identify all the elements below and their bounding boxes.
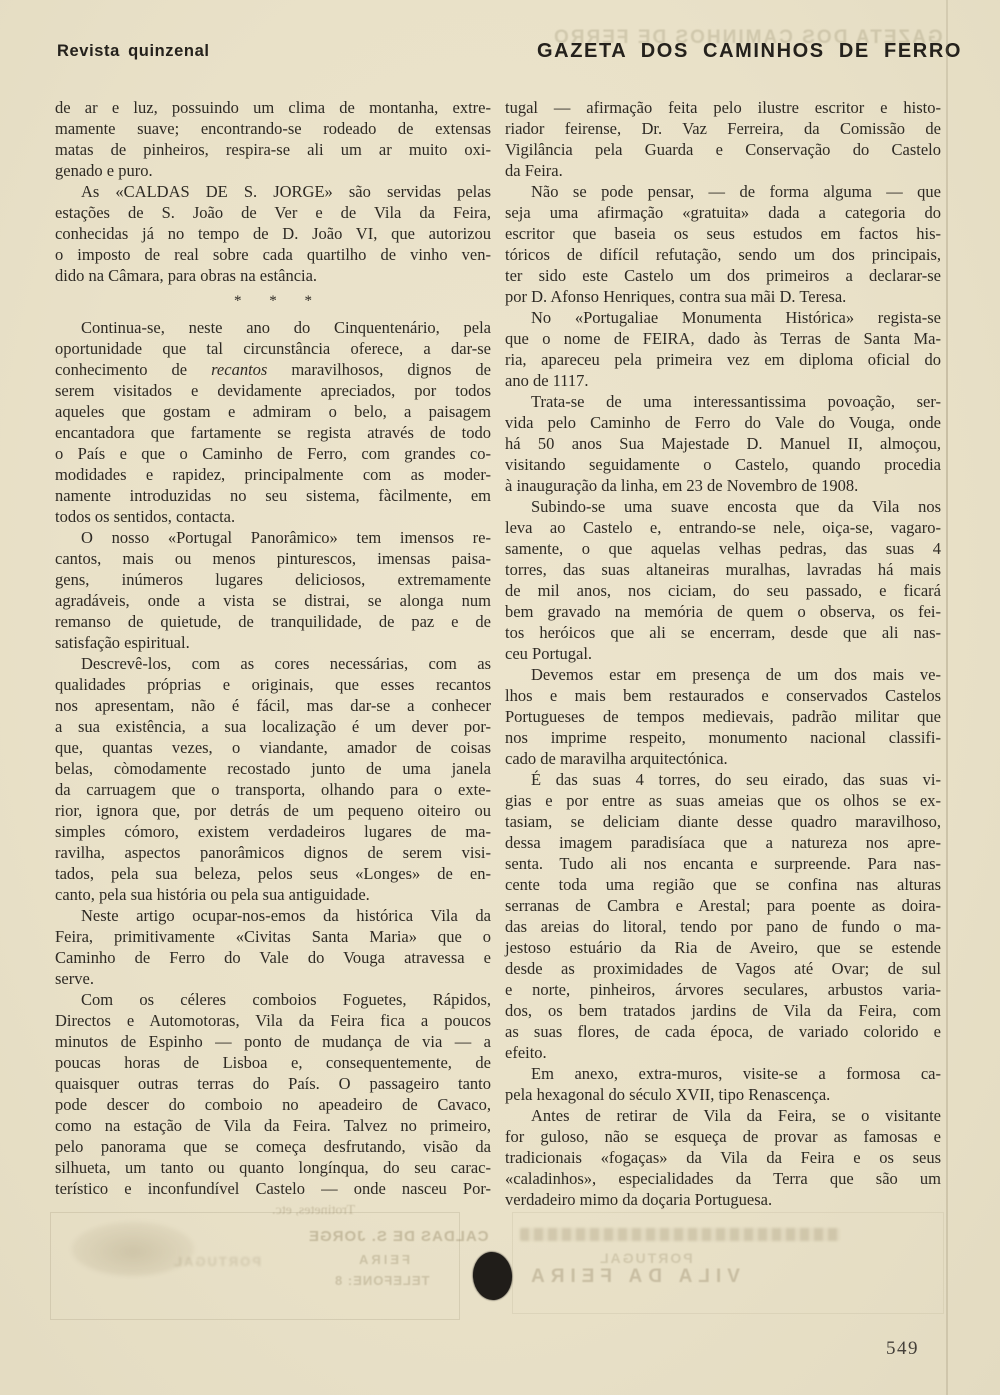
text-line: verdadeiro mimo da doçaria Portuguesa. — [505, 1189, 941, 1210]
text-line: Neste artigo ocupar-nos-emos da históric… — [55, 905, 491, 926]
paragraph: Devemos estar em presença de um dos mais… — [505, 664, 941, 769]
showthrough-text: PORTUGAL — [172, 1254, 261, 1269]
page-number: 549 — [886, 1338, 919, 1360]
text-line: cantos, mais ou menos pinturescos, imens… — [55, 548, 491, 569]
text-line: Continua-se, neste ano do Cinquentenário… — [55, 317, 491, 338]
text-line: rior, ignora que, por detrás de um peque… — [55, 800, 491, 821]
article-column-right: tugal — afirmação feita pelo ilustre esc… — [505, 97, 941, 1210]
text-line: satisfação espiritual. — [55, 632, 491, 653]
text-line: Caminho de Ferro do Vale do Vouga atrave… — [55, 947, 491, 968]
text-line: ceu Portugal. — [505, 643, 941, 664]
text-line: tradicionais «fogaças» da Vila da Feira … — [505, 1147, 941, 1168]
text-line: Portugueses de tempos medievais, padrão … — [505, 706, 941, 727]
text-line: torres, das suas altaneiras muralhas, la… — [505, 559, 941, 580]
page-edge-shadow — [946, 0, 948, 1395]
text-line: gens, inúmeros lugares deliciosos, extre… — [55, 569, 491, 590]
paragraph: Subindo-se uma suave encosta que da Vila… — [505, 496, 941, 664]
text-line: tasiam, se deliciam diante desse quadro … — [505, 811, 941, 832]
text-line: há 50 anos Sua Majestade D. Manuel II, a… — [505, 433, 941, 454]
masthead-subtitle: Revista quinzenal — [57, 42, 210, 61]
paragraph: No «Portugaliae Monumenta Histórica» reg… — [505, 307, 941, 391]
text-line: leva ao Castelo e, entrando-se nele, oiç… — [505, 517, 941, 538]
text-line: jestoso estuário da Ria de Aveiro, que s… — [505, 937, 941, 958]
text-line: remanso de quietude, de tranquilidade, d… — [55, 611, 491, 632]
text-line: vida pelo Caminho de Ferro do Vale do Vo… — [505, 412, 941, 433]
text-line: As «CALDAS DE S. JORGE» são servidas pel… — [55, 181, 491, 202]
text-line: Vigilância pela Guarda e Conservação do … — [505, 139, 941, 160]
text-line: desde as proximidades de Vagos até Ovar;… — [505, 958, 941, 979]
paragraph: de ar e luz, possuindo um clima de monta… — [55, 97, 491, 181]
text-line: dessa imagem paradisíaca que a natureza … — [505, 832, 941, 853]
showthrough-text: CALDAS DE S. JORGE — [308, 1228, 489, 1245]
text-line: que o nome de FEIRA, dado às Terras de S… — [505, 328, 941, 349]
text-line: É das suas 4 torres, do seu eirado, das … — [505, 769, 941, 790]
text-line: a sua existência, a sua localização é um… — [55, 716, 491, 737]
text-line: da carruagem que o transporta, olhando p… — [55, 779, 491, 800]
text-line: de mil anos, nos ciciam, do seu passado,… — [505, 580, 941, 601]
text-line: senta. Tudo ali nos encanta e surpreende… — [505, 853, 941, 874]
showthrough-text: Trotinetes, etc. — [272, 1203, 355, 1219]
text-line: serem visitados e devidamente apreciados… — [55, 380, 491, 401]
text-line: «caladinhos», especialidades da Terra qu… — [505, 1168, 941, 1189]
text-line: minutos de Espinho — ponto de mudança de… — [55, 1031, 491, 1052]
text-line: pela hexagonal do século XVII, tipo Rena… — [505, 1084, 941, 1105]
paragraph: tugal — afirmação feita pelo ilustre esc… — [505, 97, 941, 181]
text-line: matas de pinheiros, respira-se ali um ar… — [55, 139, 491, 160]
text-line: Trata-se de uma interessantissima povoaç… — [505, 391, 941, 412]
text-line: oportunidade que tal circunstância ofere… — [55, 338, 491, 359]
text-line: conhecimento de recantos maravilhosos, d… — [55, 359, 491, 380]
paragraph: As «CALDAS DE S. JORGE» são servidas pel… — [55, 181, 491, 286]
paragraph: Não se pode pensar, — de forma alguma — … — [505, 181, 941, 307]
text-line: Devemos estar em presença de um dos mais… — [505, 664, 941, 685]
text-line: serranas de Cambra e Arestal; para poent… — [505, 895, 941, 916]
text-line: silhueta, um tanto ou quanto longínqua, … — [55, 1157, 491, 1178]
text-line: ano de 1117. — [505, 370, 941, 391]
text-line: mamente suave; encontrando-se rodeado de… — [55, 118, 491, 139]
text-line: por D. Afonso Henriques, contra sua mãi … — [505, 286, 941, 307]
text-line: escritor que baseia os seus estudos em f… — [505, 223, 941, 244]
showthrough-text: PORTUGAL — [598, 1250, 693, 1266]
text-line: simples cómoro, existem verdadeiros luga… — [55, 821, 491, 842]
magazine-page: GAZETA DOS CAMINHOS DE FERRO Revista qui… — [0, 0, 1000, 1395]
text-line: ravilha, aspectos panorâmicos dignos de … — [55, 842, 491, 863]
paragraph: Trata-se de uma interessantissima povoaç… — [505, 391, 941, 496]
text-line: cente toda uma região que se confina nas… — [505, 874, 941, 895]
text-line: das areias do litoral, tendo por pano de… — [505, 916, 941, 937]
text-line: as suas flores, de cada época, de variad… — [505, 1021, 941, 1042]
text-line: Em anexo, extra-muros, visite-se a formo… — [505, 1063, 941, 1084]
text-line: de ar e luz, possuindo um clima de monta… — [55, 97, 491, 118]
text-line: pelo panorama que se começa desfrutando,… — [55, 1136, 491, 1157]
text-line: Subindo-se uma suave encosta que da Vila… — [505, 496, 941, 517]
paragraph: É das suas 4 torres, do seu eirado, das … — [505, 769, 941, 1063]
text-line: à inauguração da linha, em 23 de Novembr… — [505, 475, 941, 496]
text-line: poucas horas de Lisboa e, consequentemen… — [55, 1052, 491, 1073]
section-separator: * * * — [55, 291, 491, 311]
text-line: samente, o que aquelas velhas pedras, da… — [505, 538, 941, 559]
text-line: canto, pela sua história ou pela sua ant… — [55, 884, 491, 905]
text-line: Antes de retirar de Vila da Feira, se o … — [505, 1105, 941, 1126]
text-line: dos, os bem tratados jardins de Vila da … — [505, 1000, 941, 1021]
text-line: ter sido este Castelo um dos primeiros a… — [505, 265, 941, 286]
paragraph: Em anexo, extra-muros, visite-se a formo… — [505, 1063, 941, 1105]
text-line: estações de S. João de Ver e de Vila da … — [55, 202, 491, 223]
text-line: Directos e Automotoras, Vila da Feira fi… — [55, 1010, 491, 1031]
text-line: cado de maravilha arquitectónica. — [505, 748, 941, 769]
text-line: efeito. — [505, 1042, 941, 1063]
showthrough-text: TELEFONE: 8 — [334, 1273, 430, 1288]
text-line: serve. — [55, 968, 491, 989]
text-line: que, quantas vezes, o viandante, amador … — [55, 737, 491, 758]
showthrough-text: FEIRA — [356, 1252, 410, 1267]
text-line: Não se pode pensar, — de forma alguma — … — [505, 181, 941, 202]
text-line: O nosso «Portugal Panorâmico» tem imenso… — [55, 527, 491, 548]
text-line: aqueles que gostam e admiram o belo, a p… — [55, 401, 491, 422]
text-line: seja uma afirmação «gratuita» dada a cat… — [505, 202, 941, 223]
paragraph: Com os céleres comboios Foguetes, Rápido… — [55, 989, 491, 1199]
text-line: quaisquer outras terras do País. O passa… — [55, 1073, 491, 1094]
text-line: gias e por entre as suas ameias que os o… — [505, 790, 941, 811]
text-line: nos apresentam, não é fácil, mas dar-se … — [55, 695, 491, 716]
masthead-title: GAZETA DOS CAMINHOS DE FERRO — [537, 40, 962, 63]
text-line: No «Portugaliae Monumenta Histórica» reg… — [505, 307, 941, 328]
text-line: ria, apareceu pela primeira vez em diplo… — [505, 349, 941, 370]
text-line: terístico e inconfundível Castelo — onde… — [55, 1178, 491, 1199]
text-line: nos imprime respeito, monumento nacional… — [505, 727, 941, 748]
text-line: riador feirense, Dr. Vaz Ferreira, da Co… — [505, 118, 941, 139]
text-line: tóricos de difícil refutação, sendo um d… — [505, 244, 941, 265]
text-line: todos os sentidos, contacta. — [55, 506, 491, 527]
text-line: visitando seguidamente o Castelo, quando… — [505, 454, 941, 475]
text-line: encantadora que fartamente se regista at… — [55, 422, 491, 443]
text-line: tugal — afirmação feita pelo ilustre esc… — [505, 97, 941, 118]
text-line: belas, còmodamente recostado junto de um… — [55, 758, 491, 779]
text-line: modidades e rapidez, principalmente com … — [55, 464, 491, 485]
text-line: da Feira. — [505, 160, 941, 181]
text-line: Feira, primitivamente «Civitas Santa Mar… — [55, 926, 491, 947]
text-line: qualidades próprias e originais, que ess… — [55, 674, 491, 695]
text-line: bem gravado na memória de quem o observa… — [505, 601, 941, 622]
paragraph: Descrevê-los, com as cores necessárias, … — [55, 653, 491, 905]
text-line: Descrevê-los, com as cores necessárias, … — [55, 653, 491, 674]
text-line: pode descer do comboio no apeadeiro de C… — [55, 1094, 491, 1115]
text-line: Com os céleres comboios Foguetes, Rápido… — [55, 989, 491, 1010]
showthrough-text: VILA DA FEIRA — [525, 1266, 740, 1288]
text-line: lhos e mais bem restaurados e conservado… — [505, 685, 941, 706]
article-column-left: de ar e luz, possuindo um clima de monta… — [55, 97, 491, 1199]
text-line: conhecidas já no tempo de D. João VI, qu… — [55, 223, 491, 244]
text-line: tos heróicos que ali se encerram, desde … — [505, 622, 941, 643]
text-line: agradáveis, onde a vista se distrai, se … — [55, 590, 491, 611]
ink-blot-icon — [471, 1251, 513, 1302]
text-line: namente introduzidas no seu sistema, fàc… — [55, 485, 491, 506]
paragraph: Continua-se, neste ano do Cinquentenário… — [55, 317, 491, 527]
paragraph: O nosso «Portugal Panorâmico» tem imenso… — [55, 527, 491, 653]
showthrough-smudge — [520, 1228, 840, 1241]
text-line: o País e que o Caminho de Ferro, com gra… — [55, 443, 491, 464]
text-line: for guloso, não se esqueça de provar as … — [505, 1126, 941, 1147]
text-line: e norte, pinheiros, árvores seculares, a… — [505, 979, 941, 1000]
text-line: o imposto de real sobre cada quartilho d… — [55, 244, 491, 265]
paragraph: Neste artigo ocupar-nos-emos da históric… — [55, 905, 491, 989]
paragraph: Antes de retirar de Vila da Feira, se o … — [505, 1105, 941, 1210]
text-line: tados, pela sua beleza, pelos seus «Long… — [55, 863, 491, 884]
text-line: dido na Câmara, para obras na estância. — [55, 265, 491, 286]
text-line: como na estação de Vila da Feira. Talvez… — [55, 1115, 491, 1136]
text-line: genado e puro. — [55, 160, 491, 181]
